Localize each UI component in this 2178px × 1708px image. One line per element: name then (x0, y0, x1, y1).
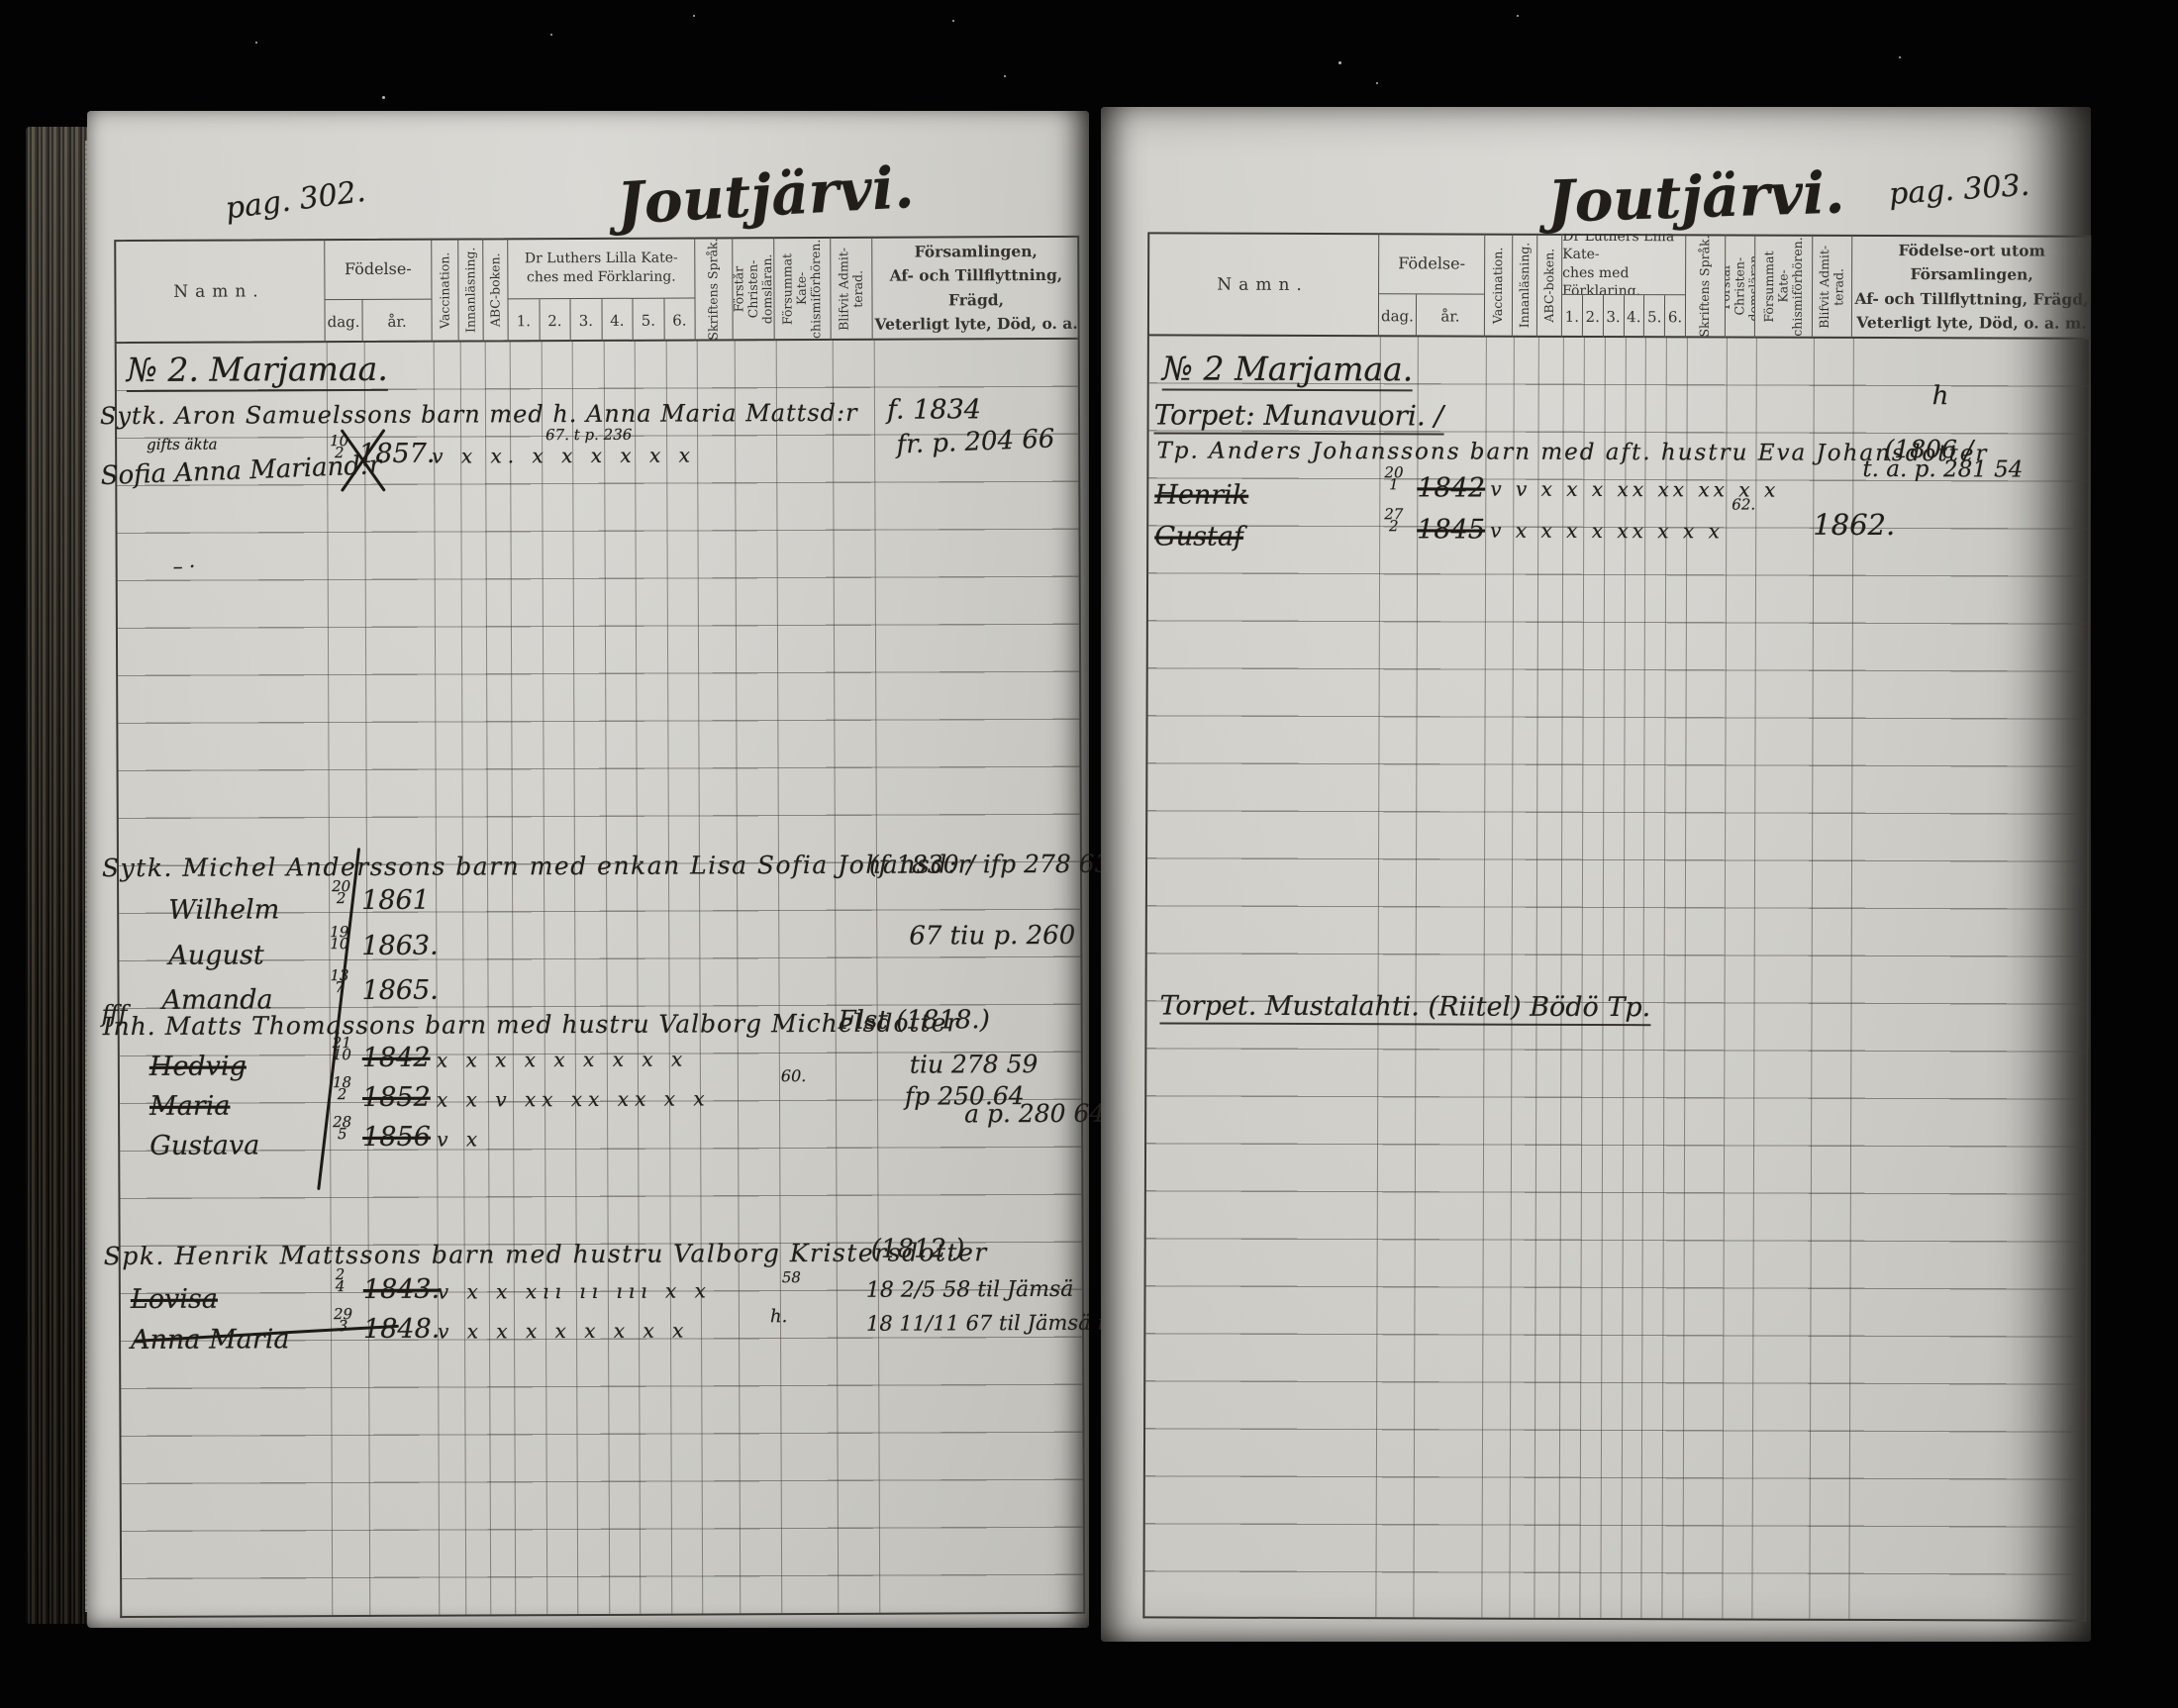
col-header-forstar: Förstår Christen- domsläran. (1725, 234, 1754, 338)
col-header-kat-3: 3. (569, 299, 601, 342)
child-name: Lovisa (131, 1284, 218, 1315)
birth-year: 1848. (363, 1314, 440, 1345)
exam-marks: v x x x x x x x x (438, 1319, 690, 1344)
col-header-line: Veterligt lyte, Död, o. a. m. (873, 311, 1080, 340)
col-header-abc-boken: ABC-boken. (482, 238, 507, 342)
dust-speck (1376, 82, 1378, 84)
col-header-label: Vaccination. (1491, 247, 1506, 323)
page-number-left: pag. 302. (224, 174, 367, 227)
col-header-kat-1: 1. (1561, 295, 1582, 338)
col-header-label: år. (1440, 307, 1459, 325)
col-header-kat-3: 3. (1603, 295, 1624, 338)
col-header-kat-2: 2. (1582, 295, 1603, 338)
table-body-grid (115, 340, 1086, 1618)
grid-line (665, 342, 672, 1614)
col-header-label: 6. (1668, 308, 1682, 326)
birth-year: 1863. (361, 931, 438, 961)
col-header-line: ches med Förklaring. (1562, 263, 1685, 295)
col-header-label: Försummat Kate- chismiförhören. (781, 237, 825, 341)
family-header: Torpet. Mustalahti. (Riitel) Bödö Tp. (1159, 990, 1650, 1026)
col-header-vaccination: Vaccination. (1484, 234, 1512, 338)
birth-year: 1865. (361, 975, 438, 1006)
entry-subheading: Torpet: Munavuori. / (1154, 398, 1444, 435)
grid-line (485, 342, 492, 1614)
grid-line (1375, 337, 1381, 1617)
col-header-label: ABC-boken. (1542, 249, 1557, 323)
birth-day: 20 2 (332, 880, 350, 905)
exam-marks: v x x xıı ıı ııı x x (438, 1278, 712, 1303)
margin-note: gifts äkta (147, 436, 218, 453)
col-header-kat-6: 6. (1664, 295, 1685, 338)
col-header-label: Vaccination. (438, 251, 452, 328)
col-header-innanlasning: Innanläsning. (457, 238, 482, 342)
col-header-label: 3. (1606, 308, 1620, 326)
col-header-kat-4: 4. (601, 299, 633, 342)
child-name: Gustaf (1154, 521, 1243, 552)
col-header-label: 4. (1627, 308, 1640, 326)
col-header-label: dag. (1381, 307, 1414, 325)
small-note: h. (770, 1306, 787, 1327)
grid-line (510, 342, 517, 1614)
katekes-note: 67. t p. 236 (545, 426, 632, 444)
entry-heading: № 2 Marjamaa. (1162, 349, 1414, 391)
col-header-line: Veterligt lyte, Död, o. a. m. (1856, 310, 2087, 335)
col-header-label: 2. (1586, 307, 1600, 325)
family-header: Spk. Henrik Mattssons barn med hustru Va… (104, 1238, 988, 1270)
admitted-year: 1862. (1813, 508, 1895, 542)
child-name: Hedvig (149, 1052, 247, 1082)
dust-speck (382, 96, 385, 99)
reference-note: fr. p. 204 66 (896, 424, 1055, 459)
col-header-label: Namn. (1217, 274, 1309, 294)
dust-speck (255, 42, 257, 44)
exam-marks: v x x x x xx x x x (1490, 519, 1724, 544)
birth-day: 19 10 (330, 926, 348, 951)
col-header-katekes: Dr Luthers Lilla Kate-ches med Förklarin… (1561, 234, 1685, 295)
exam-marks: x x x x x x x x x (437, 1048, 688, 1072)
birth-day: 2 4 (336, 1268, 346, 1293)
birth-year: 1845 (1417, 514, 1485, 545)
col-header-fodelse: Födelse- (324, 239, 431, 300)
right-page: Namn.Födelse-dag.år.Vaccination.Innanläs… (1101, 107, 2091, 1642)
col-header-label: Innanläsning. (463, 248, 478, 334)
birth-day: 20 1 (1384, 466, 1403, 491)
col-header-vaccination: Vaccination. (431, 239, 457, 343)
stray-mark: – · (173, 554, 196, 578)
small-note: 60. (781, 1066, 807, 1085)
col-header-kat-5: 5. (1643, 295, 1664, 338)
grid-line (874, 341, 881, 1613)
parish-title-left: Joutjärvi. (615, 153, 916, 238)
family-header: Inh. Matts Thomassons barn med hustru Va… (103, 1008, 960, 1041)
small-note: 58 (782, 1268, 801, 1286)
col-header-label: dag. (328, 313, 360, 331)
col-header-label: 5. (642, 311, 655, 329)
grid-line (697, 342, 704, 1614)
birth-day: 28 5 (333, 1116, 351, 1141)
reference-note: (f 1830 / ifp 278 63 (869, 850, 1111, 879)
col-header-katekes: Dr Luthers Lilla Kate-ches med Förklarin… (507, 238, 694, 300)
col-header-kat-6: 6. (663, 299, 695, 342)
reference-note: t. a. p. 281 54 (1862, 456, 2023, 483)
col-header-label: Skriftens Språk. (707, 238, 722, 340)
child-name: Gustava (149, 1130, 259, 1160)
grid-line (735, 341, 742, 1613)
col-header-label: Blifvit Admit- terad. (1818, 245, 1846, 328)
dust-speck (693, 15, 695, 17)
col-header-label: Blifvit Admit- terad. (837, 247, 865, 330)
col-header-label: Födelse- (345, 259, 412, 278)
col-header-kat-1: 1. (507, 299, 539, 342)
birth-year: 1843. (363, 1274, 440, 1305)
col-header-namn: Namn. (1147, 232, 1378, 337)
col-header-label: år. (387, 312, 406, 330)
reference-note: (1812.) (871, 1234, 965, 1263)
dust-speck (1517, 15, 1519, 17)
reference-note: 18 2/5 58 til Jämsä (866, 1277, 1074, 1303)
col-header-namn: Namn. (114, 239, 324, 344)
col-header-label: 1. (517, 312, 531, 330)
col-header-ar: år. (361, 300, 431, 343)
col-header-label: Förstår Christen- domsläran. (1725, 234, 1754, 338)
book-fore-edge (26, 127, 89, 1624)
exam-marks: v x (437, 1127, 483, 1151)
entry-heading: № 2. Marjamaa. (127, 350, 388, 392)
col-header-forsummat: Försummat Kate- chismiförhören. (1754, 235, 1812, 339)
dust-speck (550, 34, 552, 36)
family-header: Sytk. Michel Anderssons barn med enkan L… (102, 850, 971, 882)
col-header-label: ABC-boken. (488, 252, 503, 327)
cross-out-mark (331, 423, 392, 498)
table-header-row: Namn.Födelse-dag.år.Vaccination.Innanläs… (1147, 232, 2091, 339)
child-name: Henrik (1154, 479, 1248, 510)
col-header-fodelse: Födelse- (1378, 233, 1484, 294)
col-header-skriftens-sprak: Skriftens Språk. (694, 237, 732, 341)
col-header-label: 2. (547, 312, 561, 330)
book-scan: Namn.Födelse-dag.år.Vaccination.Innanläs… (0, 0, 2178, 1708)
col-header-line: Födelse-ort utom Församlingen, (872, 236, 1079, 264)
birth-day: 13 7 (330, 969, 348, 994)
reference-note: a p. 280 64 (964, 1099, 1105, 1129)
grid-line (541, 342, 547, 1614)
reference-note: 67 tiu p. 260 (909, 921, 1075, 952)
birth-day: 18 2 (333, 1076, 351, 1101)
page-number-right: pag. 303. (1888, 168, 2030, 212)
birth-year: 1861 (361, 885, 430, 916)
col-header-kat-4: 4. (1623, 295, 1643, 338)
grid-line (1751, 339, 1757, 1619)
col-header-blifvit-admitterad: Blifvit Admit- terad. (1812, 235, 1851, 339)
col-header-label: 4. (610, 311, 624, 329)
col-header-label: Försummat Kate- chismiförhören. (1762, 235, 1805, 339)
birth-year: 1842 (362, 1043, 431, 1073)
birth-year: 1856 (362, 1122, 431, 1153)
col-header-blifvit-admitterad: Blifvit Admit- terad. (830, 237, 871, 341)
col-header-kat-5: 5. (632, 299, 663, 342)
col-header-line: Dr Luthers Lilla Kate- (525, 250, 678, 268)
exam-marks: x x v xx xx xx x x (437, 1086, 711, 1111)
col-header-skriftens-sprak: Skriftens Språk. (1685, 234, 1725, 338)
left-page: Namn.Födelse-dag.år.Vaccination.Innanläs… (87, 111, 1089, 1628)
family-header: Sytk. Aron Samuelssons barn med h. Anna … (100, 399, 858, 430)
parish-title-right: Joutjärvi. (1546, 158, 1845, 235)
col-header-label: 1. (1565, 307, 1579, 325)
col-header-label: Förstår Christen- domsläran. (732, 237, 773, 341)
birth-day: 27 2 (1384, 508, 1403, 533)
col-header-kat-2: 2. (539, 299, 570, 342)
col-header-dag: dag. (1378, 294, 1416, 337)
exam-marks: v x x. x x x x x x (432, 444, 696, 468)
grid-line (635, 342, 642, 1614)
reference-note: Flst (1818.) (839, 1005, 990, 1036)
col-header-fodelseort: Födelse-ort utom Församlingen,Af- och Ti… (871, 236, 1079, 341)
col-header-innanlasning: Innanläsning. (1512, 234, 1536, 338)
table-header-row: Namn.Födelse-dag.år.Vaccination.Innanläs… (114, 236, 1079, 344)
child-name: Wilhelm (168, 894, 279, 925)
col-header-label: Födelse- (1398, 253, 1465, 272)
grid-line (572, 342, 579, 1614)
dust-speck (1338, 61, 1341, 64)
col-header-label: Skriftens Språk. (1698, 235, 1713, 337)
col-header-line: ches med Förklaring. (527, 267, 676, 286)
col-header-label: 3. (579, 311, 593, 329)
col-header-abc-boken: ABC-boken. (1536, 234, 1561, 338)
col-header-label: 5. (1647, 308, 1661, 326)
col-header-line: Dr Luthers Lilla Kate- (1562, 234, 1685, 264)
reference-note: tiu 278 59 (910, 1050, 1039, 1079)
dust-speck (1004, 75, 1006, 77)
col-header-forstar: Förstår Christen- domsläran. (732, 237, 773, 341)
col-header-ar: år. (1416, 294, 1484, 337)
birth-day: 21 10 (333, 1037, 351, 1061)
child-name: Maria (149, 1091, 231, 1122)
birth-year: 1852 (362, 1082, 431, 1113)
birth-year: 1842 (1417, 472, 1485, 503)
col-header-forsummat: Försummat Kate- chismiförhören. (773, 237, 830, 341)
birth-note: f. 1834 (887, 394, 981, 425)
col-header-line: Af- och Tillflyttning, Frägd, (872, 263, 1079, 312)
col-header-line: Af- och Tillflyttning, Frägd, (1854, 286, 2088, 311)
dust-speck (952, 20, 954, 22)
col-header-line: Födelse-ort utom Församlingen, (1852, 239, 2091, 287)
small-note: 62. (1732, 495, 1755, 513)
col-header-fodelseort: Födelse-ort utom Församlingen,Af- och Ti… (1851, 235, 2091, 340)
col-header-label: 6. (672, 311, 686, 329)
grid-line (460, 343, 467, 1615)
grid-line (833, 341, 840, 1613)
dust-speck (1899, 56, 1901, 58)
grid-line (776, 341, 783, 1613)
col-header-label: Namn. (173, 281, 265, 301)
col-header-dag: dag. (324, 300, 361, 343)
col-header-label: Innanläsning. (1518, 243, 1533, 329)
small-mark: h (1932, 381, 1949, 411)
grid-line (603, 342, 610, 1614)
child-name: August (168, 940, 263, 970)
